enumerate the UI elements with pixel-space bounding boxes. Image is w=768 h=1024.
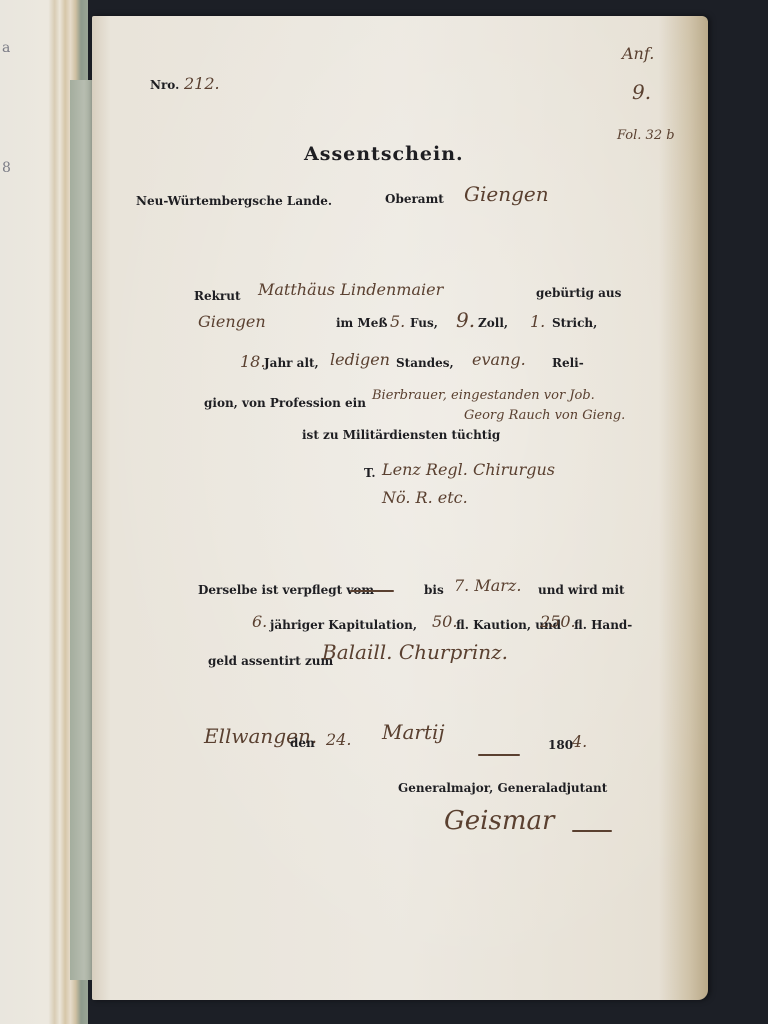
- deposit-value: 50.: [432, 612, 457, 631]
- signature: Geismar: [444, 806, 554, 836]
- assigned-label: geld assentirt zum: [208, 654, 333, 668]
- profession-value-2: Georg Rauch von Gieng.: [464, 408, 625, 423]
- fed-label: Derselbe ist verpflegt vom: [198, 583, 374, 597]
- number-label: Nro.: [150, 78, 179, 92]
- fit-label: ist zu Militärdiensten tüchtig: [302, 428, 500, 442]
- age-label: Jahr alt,: [264, 356, 319, 370]
- religion-label-2: gion, von Profession ein: [204, 396, 366, 410]
- feet-label: Fus,: [410, 316, 438, 330]
- signature-flourish: [572, 830, 612, 832]
- profession-value: Bierbrauer, eingestanden vor Job.: [372, 388, 595, 403]
- and-label: und wird mit: [538, 583, 625, 597]
- den-label: den: [290, 736, 315, 750]
- measure-label: im Meß: [336, 316, 387, 330]
- blank-dash: [350, 590, 394, 592]
- oberamt-label: Oberamt: [385, 192, 444, 206]
- years-label: jähriger Kapitulation,: [270, 618, 417, 632]
- until-label: bis: [424, 583, 444, 597]
- handgeld-value: 250.: [540, 612, 576, 631]
- recruit-name: Matthäus Lindenmaier: [258, 280, 443, 299]
- cert-prefix: T.: [364, 466, 376, 480]
- assigned-value: Balaill. Churprinz.: [322, 640, 508, 664]
- handgeld-label: fl. Hand-: [574, 618, 632, 632]
- month-value: Martij: [382, 720, 445, 744]
- edge-mark: a: [2, 40, 10, 56]
- edge-mark: 8: [2, 160, 11, 176]
- status-label: Standes,: [396, 356, 454, 370]
- number-value: 212.: [184, 74, 220, 93]
- religion-value: evang.: [472, 350, 526, 369]
- inch-label: Zoll,: [478, 316, 508, 330]
- signer-title: Generalmajor, Generaladjutant: [398, 781, 607, 795]
- inch-value: 9.: [456, 308, 475, 332]
- line-value: 1.: [530, 312, 545, 331]
- margin-note-top: Anf.: [622, 44, 654, 63]
- years-value: 6.: [252, 612, 267, 631]
- day-value: 24.: [326, 730, 351, 749]
- line-label: Strich,: [552, 316, 597, 330]
- born-value: Giengen: [198, 312, 266, 331]
- form-title: Assentschein.: [304, 143, 464, 165]
- status-value: ledigen: [330, 350, 390, 369]
- margin-note-bottom: Fol. 32 b: [617, 128, 675, 143]
- year-suffix: 4.: [572, 732, 587, 751]
- age-value: 18.: [240, 352, 265, 371]
- feet-value: 5.: [390, 312, 405, 331]
- date-dash: [478, 754, 520, 756]
- year-prefix: 180: [548, 738, 573, 752]
- born-label: gebürtig aus: [536, 286, 621, 300]
- until-value: 7. Marz.: [454, 576, 521, 595]
- cert-line-2: Nö. R. etc.: [382, 488, 468, 507]
- document-page: Anf. 9. Fol. 32 b Nro. 212. Assentschein…: [92, 16, 708, 1000]
- recruit-label: Rekrut: [194, 289, 241, 303]
- cert-line-1: Lenz Regl. Chirurgus: [382, 460, 555, 479]
- margin-note-middle: 9.: [632, 80, 651, 104]
- oberamt-value: Giengen: [464, 182, 549, 206]
- religion-label-1: Reli-: [552, 356, 584, 370]
- region-label: Neu-Würtembergsche Lande.: [136, 194, 332, 208]
